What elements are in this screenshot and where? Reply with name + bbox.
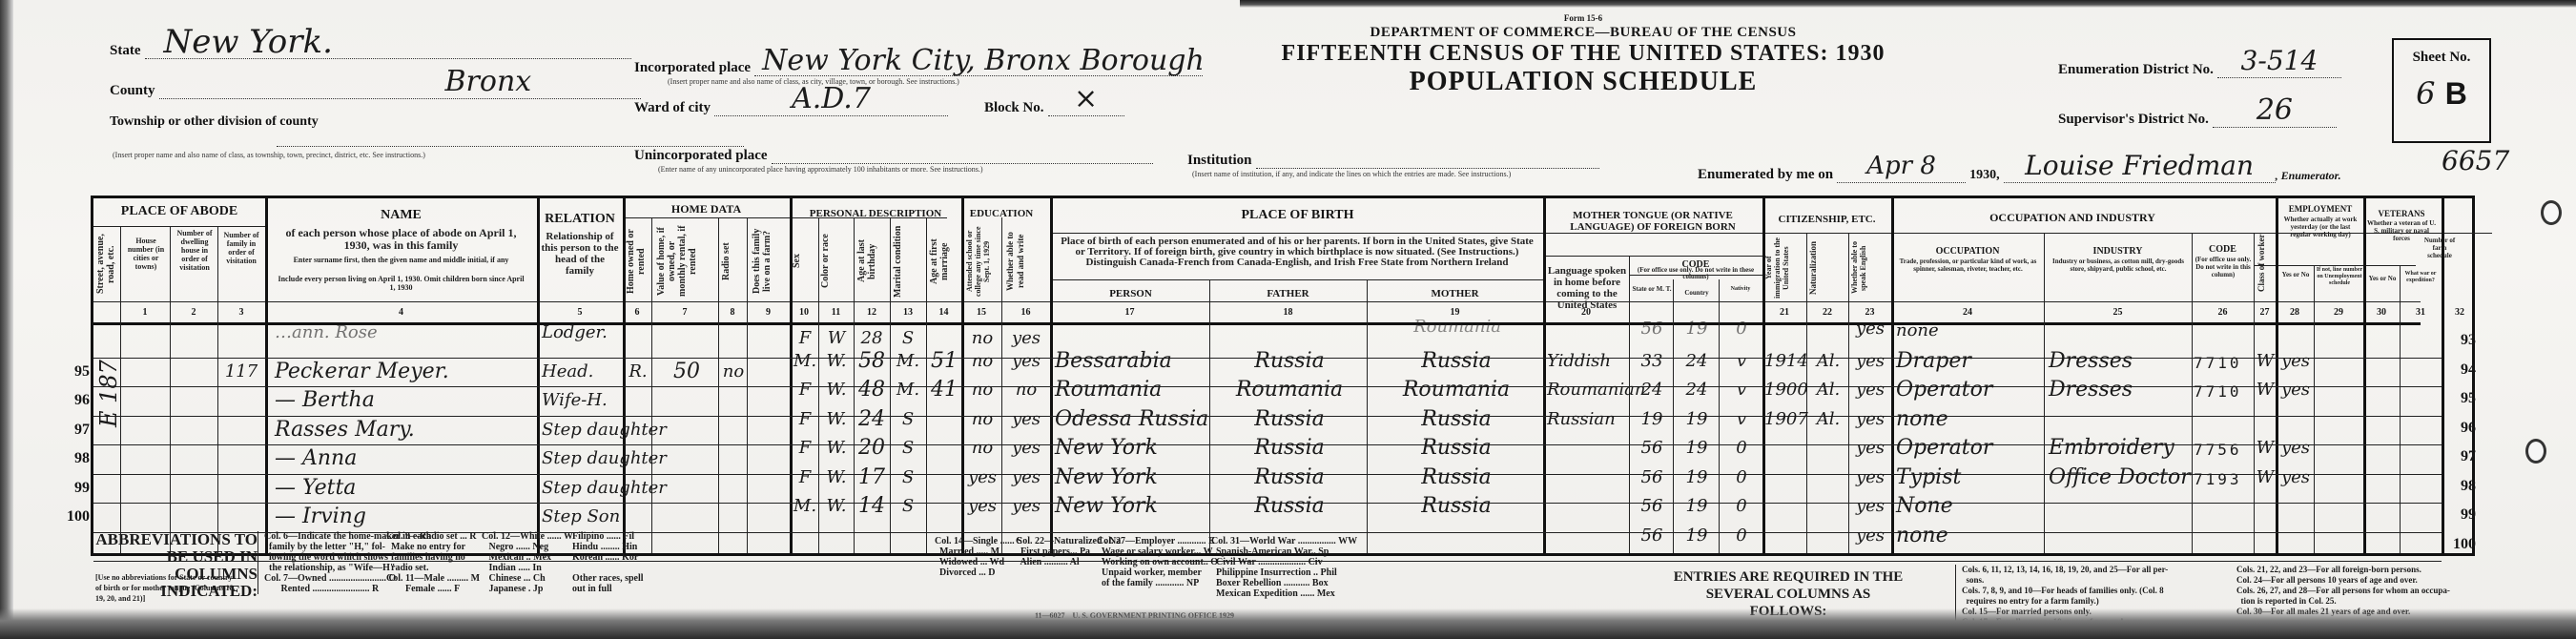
line-number: 99 bbox=[55, 480, 90, 497]
line-number: 97 bbox=[2442, 448, 2476, 465]
institution-label: Institution bbox=[1187, 153, 1252, 169]
marital-cell: M. bbox=[891, 378, 925, 402]
col-rule bbox=[217, 227, 218, 553]
race-header: Color or race bbox=[820, 223, 849, 299]
immigration-cell: 1907 bbox=[1764, 407, 1806, 432]
header-bottom-rule bbox=[93, 301, 2421, 302]
relation-cell: Step Son bbox=[542, 505, 622, 529]
name-cell: Peckerar Meyer. bbox=[275, 360, 532, 384]
relation-cell: Step daughter bbox=[542, 418, 622, 443]
column-number: 22 bbox=[1806, 307, 1848, 318]
column-number: 1 bbox=[120, 307, 170, 318]
name-cell: — Bertha bbox=[275, 388, 532, 413]
industry-cell: Dresses bbox=[2049, 349, 2190, 374]
col-rule bbox=[2314, 265, 2315, 553]
occupation-cell: Typist bbox=[1896, 465, 2041, 490]
line-number: 100 bbox=[55, 508, 90, 526]
relation-cell: Wife-H. bbox=[542, 388, 622, 413]
form-number: Form 15-6 bbox=[1240, 13, 1927, 23]
home-data-header: HOME DATA bbox=[623, 201, 790, 216]
english-cell: yes bbox=[1850, 524, 1890, 548]
column-number: 15 bbox=[961, 307, 1001, 318]
marital-cell: S bbox=[891, 436, 925, 461]
value-cell: 50 bbox=[656, 360, 717, 384]
pob-father-cell: Russia bbox=[1214, 407, 1365, 432]
column-number: 31 bbox=[2400, 307, 2442, 318]
code-country-cell: 19 bbox=[1675, 524, 1719, 548]
code-nativity-cell: v bbox=[1721, 407, 1762, 432]
pob-mother-cell: Russia bbox=[1371, 407, 1541, 432]
sheet-number: 6 bbox=[2416, 75, 2435, 112]
pob-father-header: FATHER bbox=[1209, 286, 1367, 301]
county-value: Bronx bbox=[445, 66, 641, 98]
pob-person-cell: New York bbox=[1055, 465, 1207, 490]
pob-person-cell: Roumania bbox=[1055, 378, 1207, 402]
employment-yes-cell: yes bbox=[2277, 349, 2314, 374]
age-cell: 58 bbox=[855, 349, 889, 374]
age-cell: 28 bbox=[855, 326, 889, 351]
column-number: 4 bbox=[265, 307, 537, 318]
code-state-cell: 56 bbox=[1631, 317, 1673, 341]
employment-line-header: If not, line number on Unemployment sche… bbox=[2316, 267, 2363, 287]
line-number: 96 bbox=[55, 392, 90, 409]
township-note: (Insert proper name and also name of cla… bbox=[113, 151, 425, 159]
enumerator-name: Louise Friedman bbox=[2004, 150, 2276, 182]
code-nativity-cell: 0 bbox=[1721, 436, 1762, 461]
footnote-col27: Col. 27—Employer ............ E Wage or … bbox=[1097, 536, 1218, 588]
relation-cell: Head. bbox=[542, 360, 622, 384]
footnote-col9: Col. 9—Radio set ... R Make no entry for… bbox=[386, 531, 480, 594]
punch-hole bbox=[2541, 200, 2562, 225]
column-number: 20 bbox=[1543, 307, 1629, 318]
code-country-cell: 19 bbox=[1675, 436, 1719, 461]
margin-number: 6657 bbox=[2442, 145, 2509, 176]
pob-father-cell: Russia bbox=[1214, 494, 1365, 519]
block-value: × bbox=[1048, 83, 1124, 115]
pob-mother-header: MOTHER bbox=[1367, 286, 1543, 301]
name-instruction-2: Include every person living on April 1, … bbox=[275, 275, 527, 292]
supervisors-district-label: Supervisor's District No. bbox=[2058, 112, 2209, 128]
supervisors-district-field: Supervisor's District No. 26 bbox=[2058, 107, 2337, 128]
code-country-cell: 24 bbox=[1675, 378, 1719, 402]
marital-cell: S bbox=[891, 494, 925, 519]
abbreviations-note: [Use no abbreviations for State or count… bbox=[95, 572, 238, 604]
county-label: County bbox=[110, 83, 155, 99]
pob-mother-cell: Russia bbox=[1371, 436, 1541, 461]
column-number: 32 bbox=[2442, 307, 2478, 318]
pob-father-cell: Russia bbox=[1214, 465, 1365, 490]
school-cell: yes bbox=[963, 465, 1001, 490]
col-rule bbox=[1543, 198, 1546, 553]
code-state-cell: 24 bbox=[1631, 378, 1673, 402]
line-number: 100 bbox=[2442, 536, 2476, 553]
rule bbox=[1543, 256, 1762, 257]
name-instruction-1: Enter surname first, then the given name… bbox=[275, 256, 527, 264]
enumeration-district-field: Enumeration District No. 3-514 bbox=[2058, 57, 2341, 78]
col-rule bbox=[1367, 279, 1368, 553]
unincorporated-place-field: Unincorporated place bbox=[634, 143, 1153, 164]
read-write-cell: no bbox=[1003, 378, 1049, 402]
pob-mother-cell: Russia bbox=[1371, 465, 1541, 490]
read-write-cell: yes bbox=[1003, 407, 1049, 432]
read-write-cell: yes bbox=[1003, 326, 1049, 351]
pob-mother-cell: Russia bbox=[1371, 349, 1541, 374]
place-of-birth-header: PLACE OF BIRTH bbox=[1052, 208, 1543, 223]
col-rule bbox=[1848, 233, 1849, 553]
mt-code-description: (For office use only. Do not write in th… bbox=[1631, 267, 1761, 280]
industry-cell: Embroidery bbox=[2049, 436, 2190, 461]
column-number: 17 bbox=[1050, 307, 1209, 318]
incorporated-place-label: Incorporated place bbox=[634, 60, 751, 76]
punch-hole bbox=[2525, 439, 2546, 464]
relation-cell: Step daughter bbox=[542, 446, 622, 471]
code-state-cell: 56 bbox=[1631, 465, 1673, 490]
relation-description: Relationship of this person to the head … bbox=[540, 231, 620, 277]
supervisors-district-value: 26 bbox=[2213, 94, 2337, 127]
code-nativity-cell: 0 bbox=[1721, 494, 1762, 519]
read-write-cell: yes bbox=[1003, 436, 1049, 461]
sex-cell: F bbox=[792, 326, 818, 351]
rule bbox=[1052, 279, 1543, 280]
age-cell: 48 bbox=[855, 378, 889, 402]
state-value: New York. bbox=[164, 26, 631, 58]
column-number: 7 bbox=[651, 307, 718, 318]
sex-cell: F bbox=[792, 378, 818, 402]
sex-header: Sex bbox=[792, 223, 816, 299]
column-number: 11 bbox=[818, 307, 854, 318]
house-number-header: House number (in cities or towns) bbox=[122, 237, 170, 271]
column-number: 10 bbox=[790, 307, 818, 318]
column-number: 21 bbox=[1762, 307, 1806, 318]
code-country-cell: 19 bbox=[1675, 465, 1719, 490]
name-cell: — Anna bbox=[275, 446, 532, 471]
employment-yes-header: Yes or No bbox=[2277, 271, 2314, 278]
pob-mother-cell: Roumania bbox=[1371, 315, 1543, 340]
english-cell: yes bbox=[1850, 407, 1890, 432]
state-field: State New York. bbox=[110, 38, 631, 59]
rule bbox=[93, 226, 265, 227]
naturalization-cell: Al. bbox=[1808, 378, 1848, 402]
veteran-war-header: What war or expedition? bbox=[2401, 271, 2440, 284]
race-cell: W. bbox=[820, 349, 853, 374]
occ-code-cell: 7710 bbox=[2194, 380, 2253, 404]
industry-cell: Office Doctor bbox=[2049, 465, 2190, 490]
immigration-cell: 1900 bbox=[1764, 378, 1806, 402]
occupation-cell: none bbox=[1896, 524, 2041, 548]
line-number: 98 bbox=[55, 450, 90, 467]
marital-cell: S bbox=[891, 326, 925, 351]
col-rule bbox=[1629, 256, 1630, 553]
footnote-col31: Col. 31—World War ................ WW Sp… bbox=[1211, 536, 1357, 599]
age-cell: 17 bbox=[855, 465, 889, 490]
class-worker-cell: W bbox=[2255, 378, 2276, 402]
naturalization-header: Naturalization bbox=[1808, 237, 1846, 299]
pob-person-header: PERSON bbox=[1052, 286, 1209, 301]
column-number: 9 bbox=[747, 307, 790, 318]
pob-father-cell: Russia bbox=[1214, 349, 1365, 374]
code-state-cell: 56 bbox=[1631, 494, 1673, 519]
sex-cell: M. bbox=[792, 494, 818, 519]
sheet-number-box: Sheet No. 6 B bbox=[2392, 38, 2491, 143]
column-number: 16 bbox=[1001, 307, 1050, 318]
column-number: 30 bbox=[2363, 307, 2400, 318]
occ-code-cell: 7193 bbox=[2194, 467, 2253, 492]
county-field: County Bronx bbox=[110, 78, 641, 99]
enumerated-field: Enumerated by me on Apr 8 1930, Louise F… bbox=[1698, 162, 2341, 183]
language-cell: Yiddish bbox=[1547, 349, 1627, 374]
english-cell: yes bbox=[1850, 317, 1890, 341]
scan-edge bbox=[0, 608, 2576, 639]
age-cell: 14 bbox=[855, 494, 889, 519]
column-number: 28 bbox=[2276, 307, 2314, 318]
farm-schedule-header: Number of farm schedule bbox=[2421, 237, 2459, 259]
col-rule bbox=[1673, 279, 1674, 553]
col-rule bbox=[2363, 198, 2366, 553]
name-cell: …ann. Rose bbox=[275, 320, 532, 345]
age-cell: 24 bbox=[855, 407, 889, 432]
col-rule bbox=[537, 198, 540, 553]
col-rule bbox=[1762, 198, 1765, 553]
industry-description: Industry or business, as cotton mill, dr… bbox=[2047, 258, 2190, 273]
read-write-cell: yes bbox=[1003, 465, 1049, 490]
col-rule bbox=[1891, 198, 1894, 553]
age-marriage-header: Age at first marriage bbox=[929, 223, 958, 299]
pob-person-cell: New York bbox=[1055, 494, 1207, 519]
column-number: 5 bbox=[537, 307, 623, 318]
code-country-cell: 19 bbox=[1675, 407, 1719, 432]
sheet-label: Sheet No. bbox=[2394, 50, 2489, 66]
english-cell: yes bbox=[1850, 465, 1890, 490]
department-title: DEPARTMENT OF COMMERCE—BUREAU OF THE CEN… bbox=[1240, 25, 1927, 41]
ward-field: Ward of city A.D.7 bbox=[634, 95, 948, 116]
owned-cell: R. bbox=[625, 360, 651, 384]
dwelling-number-header: Number of dwelling house in order of vis… bbox=[172, 229, 217, 272]
scan-edge bbox=[0, 0, 13, 639]
occupation-description: Trade, profession, or particular kind of… bbox=[1894, 258, 2042, 273]
line-number: 93 bbox=[2442, 332, 2476, 349]
column-number: 18 bbox=[1209, 307, 1367, 318]
line-number: 98 bbox=[2442, 478, 2476, 495]
code-nativity-cell: v bbox=[1721, 378, 1762, 402]
class-of-worker-header: Class of worker bbox=[2257, 227, 2276, 299]
occupation-cell: none bbox=[1896, 319, 2039, 343]
line-number: 94 bbox=[2442, 361, 2476, 379]
language-cell: Russian bbox=[1547, 407, 1627, 432]
incorporated-place-field: Incorporated place New York City, Bronx … bbox=[634, 55, 1203, 76]
personal-description-header: PERSONAL DESCRIPTION bbox=[790, 206, 961, 221]
race-cell: W. bbox=[820, 407, 853, 432]
column-number: 26 bbox=[2192, 307, 2254, 318]
sex-cell: F bbox=[792, 465, 818, 490]
employment-yes-cell: yes bbox=[2277, 378, 2314, 402]
language-cell: Roumanian bbox=[1547, 378, 1627, 402]
sex-cell: F bbox=[792, 407, 818, 432]
column-number: 14 bbox=[926, 307, 961, 318]
line-number: 95 bbox=[55, 363, 90, 381]
code-country-cell: 19 bbox=[1675, 317, 1719, 341]
name-cell: Rasses Mary. bbox=[275, 418, 532, 443]
english-cell: yes bbox=[1850, 349, 1890, 374]
line-number: 99 bbox=[2442, 506, 2476, 524]
col-rule bbox=[1209, 279, 1210, 553]
veteran-yes-header: Yes or No bbox=[2365, 275, 2400, 282]
code-nativity-cell: 0 bbox=[1721, 465, 1762, 490]
sheet-side: B bbox=[2445, 76, 2467, 111]
race-cell: W. bbox=[820, 465, 853, 490]
code-state-cell: 56 bbox=[1631, 436, 1673, 461]
block-label: Block No. bbox=[984, 100, 1044, 116]
school-cell: yes bbox=[963, 494, 1001, 519]
column-number: 6 bbox=[623, 307, 651, 318]
age-header: Age at last birthday bbox=[856, 223, 885, 299]
country-code-header: Country bbox=[1675, 288, 1719, 299]
col-rule bbox=[1050, 198, 1053, 553]
nativity-code-header: Nativity bbox=[1721, 286, 1761, 293]
occupation-industry-header: OCCUPATION AND INDUSTRY bbox=[1891, 210, 2254, 225]
school-cell: no bbox=[963, 326, 1001, 351]
code-state-cell: 19 bbox=[1631, 407, 1673, 432]
english-header: Whether able to speak English bbox=[1850, 237, 1888, 299]
code-state-cell: 56 bbox=[1631, 524, 1673, 548]
pob-person-cell: Bessarabia bbox=[1055, 349, 1207, 374]
age-marriage-cell: 51 bbox=[927, 349, 961, 374]
occupation-cell: Operator bbox=[1896, 436, 2041, 461]
code-nativity-cell: 0 bbox=[1721, 524, 1762, 548]
occupation-cell: Operator bbox=[1896, 378, 2041, 402]
title-block: Form 15-6 DEPARTMENT OF COMMERCE—BUREAU … bbox=[1240, 13, 1927, 97]
owned-header: Home owned or rented bbox=[626, 223, 650, 299]
occupation-cell: none bbox=[1896, 407, 2041, 432]
column-number: 25 bbox=[2044, 307, 2192, 318]
col-rule bbox=[2400, 265, 2401, 553]
col-rule bbox=[1719, 279, 1720, 553]
english-cell: yes bbox=[1850, 436, 1890, 461]
state-code-header: State or M. T. bbox=[1631, 286, 1673, 293]
column-number: 2 bbox=[170, 307, 217, 318]
immigration-header: Year of immigration to the United States bbox=[1764, 237, 1803, 299]
school-cell: no bbox=[963, 436, 1001, 461]
occ-code-cell: 7756 bbox=[2194, 438, 2253, 463]
enumeration-district-label: Enumeration District No. bbox=[2058, 62, 2214, 78]
code-country-cell: 24 bbox=[1675, 349, 1719, 374]
employment-yes-cell: yes bbox=[2277, 436, 2314, 461]
race-cell: W bbox=[820, 326, 853, 351]
enumerated-label: Enumerated by me on bbox=[1698, 167, 1833, 183]
relation-header: RELATION bbox=[537, 212, 623, 227]
family-number-header: Number of family in order of visitation bbox=[219, 231, 263, 265]
family-number-cell: 117 bbox=[217, 360, 265, 384]
citizenship-header: CITIZENSHIP, ETC. bbox=[1762, 212, 1891, 227]
employment-description: Whether actually at work yesterday (or t… bbox=[2279, 216, 2361, 238]
enumeration-district-value: 3-514 bbox=[2217, 45, 2341, 77]
race-cell: W. bbox=[820, 494, 853, 519]
pob-person-cell: New York bbox=[1055, 436, 1207, 461]
enumerator-suffix: , Enumerator. bbox=[2276, 169, 2341, 183]
occ-code-cell: 7710 bbox=[2194, 351, 2253, 376]
marital-cell: S bbox=[891, 465, 925, 490]
column-number: 29 bbox=[2314, 307, 2363, 318]
pob-mother-cell: Russia bbox=[1371, 494, 1541, 519]
block-field: Block No. × bbox=[984, 95, 1124, 116]
pob-father-cell: Russia bbox=[1214, 436, 1365, 461]
footnote-col12: Col. 12—White ...... W Negro ...... Neg … bbox=[482, 531, 573, 594]
mother-tongue-header: MOTHER TONGUE (OR NATIVE LANGUAGE) OF FO… bbox=[1543, 210, 1762, 233]
school-cell: no bbox=[963, 378, 1001, 402]
column-number: 24 bbox=[1891, 307, 2044, 318]
column-number: 3 bbox=[217, 307, 265, 318]
age-marriage-cell: 41 bbox=[927, 378, 961, 402]
school-cell: no bbox=[963, 349, 1001, 374]
race-cell: W. bbox=[820, 436, 853, 461]
column-number: 12 bbox=[854, 307, 890, 318]
unincorporated-place-note: (Enter name of any unincorporated place … bbox=[658, 165, 983, 174]
institution-note: (Insert name of institution, if any, and… bbox=[1192, 170, 1511, 178]
occupation-cell: None bbox=[1896, 494, 2041, 519]
value-header: Value of home, if owned, or monthly rent… bbox=[656, 223, 713, 299]
street-header: Street, avenue, road, etc. bbox=[95, 229, 120, 299]
read-write-cell: yes bbox=[1003, 494, 1049, 519]
naturalization-cell: Al. bbox=[1808, 407, 1848, 432]
enumeration-year: 1930, bbox=[1969, 168, 2000, 183]
occ-code-description: (For office use only. Do not write in th… bbox=[2194, 256, 2253, 278]
state-label: State bbox=[110, 43, 141, 59]
class-worker-cell: W bbox=[2255, 465, 2276, 490]
code-nativity-cell: v bbox=[1721, 349, 1762, 374]
name-header: NAME bbox=[265, 208, 537, 223]
footnote-col12-other: Filipino ...... Fil Hindu ........ Hin K… bbox=[572, 531, 644, 594]
employment-header: EMPLOYMENT bbox=[2277, 204, 2363, 214]
incorporated-place-value: New York City, Bronx Borough bbox=[762, 45, 1203, 77]
scan-edge bbox=[1240, 0, 2576, 8]
footnote-col14: Col. 14—Single ...... S Married ..... M … bbox=[935, 536, 1022, 578]
ward-label: Ward of city bbox=[634, 100, 711, 116]
place-of-birth-description: Place of birth of each person enumerated… bbox=[1059, 237, 1535, 268]
pob-mother-cell: Roumania bbox=[1371, 378, 1541, 402]
read-write-cell: yes bbox=[1003, 349, 1049, 374]
race-cell: W. bbox=[820, 378, 853, 402]
english-cell: yes bbox=[1850, 494, 1890, 519]
school-cell: no bbox=[963, 407, 1001, 432]
farm-header: Does this family live on a farm? bbox=[752, 223, 784, 299]
institution-field: Institution bbox=[1187, 148, 1599, 169]
line-number: 96 bbox=[2442, 420, 2476, 437]
name-description: of each person whose place of abode on A… bbox=[275, 227, 527, 252]
radio-header: Radio set bbox=[721, 223, 744, 299]
column-number: 8 bbox=[718, 307, 747, 318]
class-worker-cell: W bbox=[2255, 436, 2276, 461]
marital-header: Marital condition bbox=[893, 223, 921, 299]
industry-cell: Dresses bbox=[2049, 378, 2190, 402]
population-table: PLACE OF ABODE NAME of each person whose… bbox=[91, 196, 2475, 556]
census-page: State New York. County Bronx Township or… bbox=[0, 0, 2576, 639]
unincorporated-place-label: Unincorporated place bbox=[634, 148, 768, 164]
col-rule bbox=[265, 198, 268, 553]
col-rule bbox=[2192, 233, 2193, 553]
enumeration-date: Apr 8 bbox=[1837, 150, 1966, 182]
pob-father-cell: Roumania bbox=[1214, 378, 1365, 402]
col-rule bbox=[2276, 198, 2278, 553]
code-nativity-cell: 0 bbox=[1721, 317, 1762, 341]
col-rule bbox=[170, 227, 171, 553]
code-state-cell: 33 bbox=[1631, 349, 1673, 374]
language-description: Language spoken in home before coming to… bbox=[1545, 265, 1629, 311]
name-cell: — Irving bbox=[275, 505, 532, 529]
column-number: 13 bbox=[890, 307, 926, 318]
line-number: 97 bbox=[55, 422, 90, 439]
relation-cell: Lodger. bbox=[542, 320, 622, 345]
marital-cell: S bbox=[891, 407, 925, 432]
radio-cell: no bbox=[720, 360, 747, 384]
